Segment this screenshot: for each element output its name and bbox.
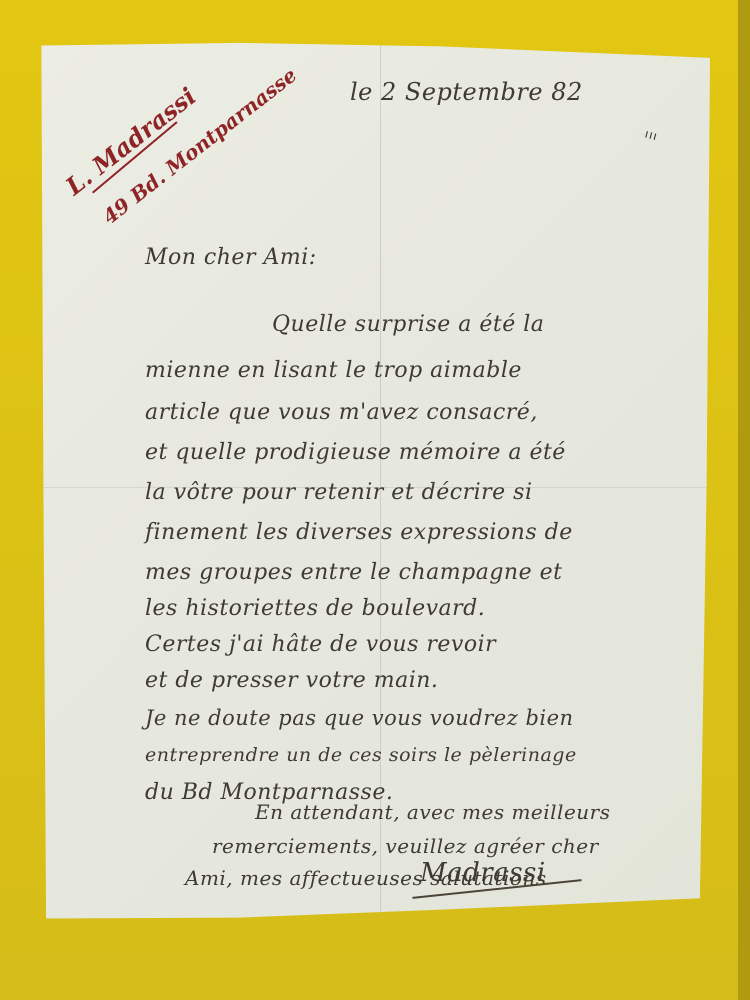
salutation: Mon cher Ami:: [145, 245, 317, 270]
body-line: Je ne doute pas que vous voudrez bien: [145, 706, 574, 730]
body-line: mes groupes entre le champagne et: [145, 560, 562, 585]
body-line: article que vous m'avez consacré,: [145, 400, 538, 425]
background-edge: [738, 0, 750, 1000]
body-line: la vôtre pour retenir et décrire si: [145, 480, 533, 505]
body-line: entreprendre un de ces soirs le pèlerina…: [145, 744, 577, 766]
body-line: finement les diverses expressions de: [145, 520, 573, 545]
closing-line: remerciements, veuillez agréer cher: [212, 834, 599, 858]
body-line: les historiettes de boulevard.: [145, 596, 485, 621]
body-line: Certes j'ai hâte de vous revoir: [145, 632, 496, 657]
date-line: le 2 Septembre 82: [350, 78, 583, 106]
body-line: et de presser votre main.: [145, 668, 438, 693]
signature: Madrassi: [420, 858, 546, 888]
body-line: mienne en lisant le trop aimable: [145, 358, 522, 383]
body-line: Quelle surprise a été la: [272, 312, 544, 337]
closing-line: En attendant, avec mes meilleurs: [255, 800, 610, 824]
body-line: et quelle prodigieuse mémoire a été: [145, 440, 566, 465]
